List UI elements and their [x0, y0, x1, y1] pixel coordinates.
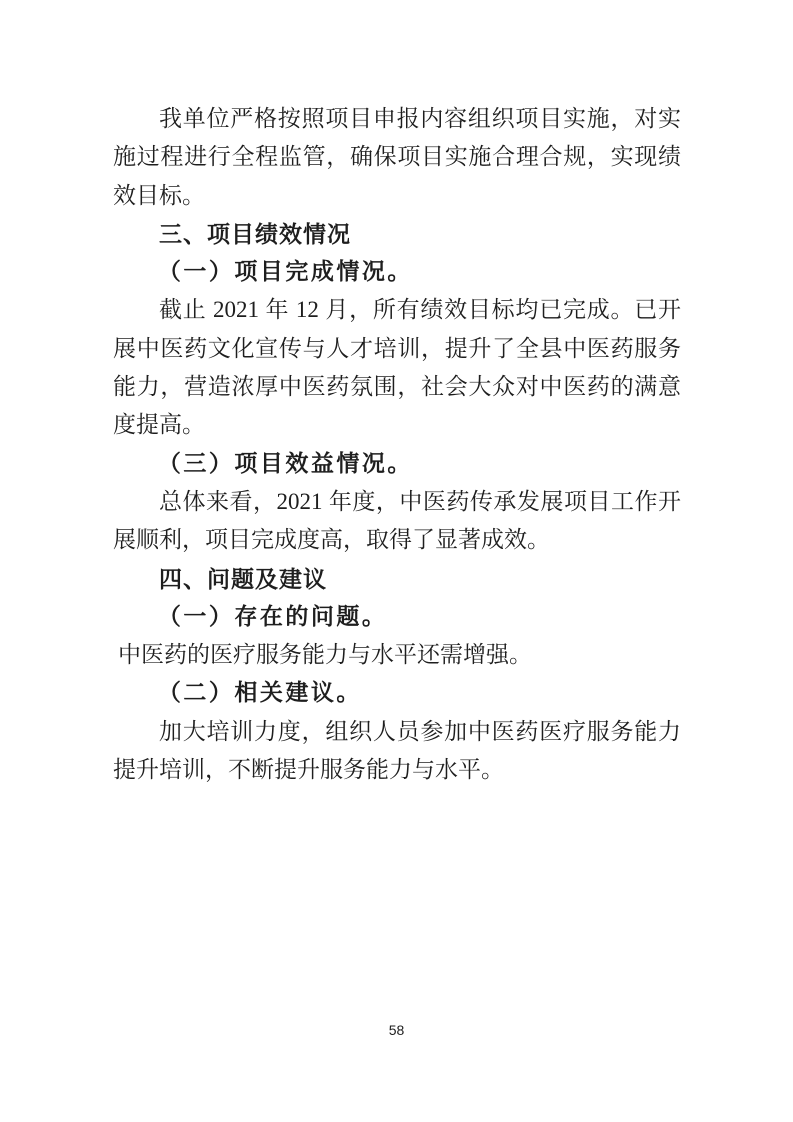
section-heading: 四、问题及建议 [113, 560, 681, 598]
paragraph: 中医药的医疗服务能力与水平还需增强。 [113, 636, 681, 674]
paragraph: 加大培训力度，组织人员参加中医药医疗服务能力提升培训，不断提升服务能力与水平。 [113, 713, 681, 790]
section-heading: 三、项目绩效情况 [113, 215, 681, 253]
paragraph: 总体来看，2021 年度，中医药传承发展项目工作开展顺利，项目完成度高，取得了显… [113, 483, 681, 560]
page-footer: 58 [0, 1022, 793, 1038]
paragraph: 截止 2021 年 12 月，所有绩效目标均已完成。已开展中医药文化宣传与人才培… [113, 291, 681, 444]
page-number: 58 [389, 1022, 405, 1038]
section-heading: （二）相关建议。 [113, 674, 681, 712]
document-body: 我单位严格按照项目申报内容组织项目实施，对实施过程进行全程监管，确保项目实施合理… [113, 100, 681, 789]
paragraph: 我单位严格按照项目申报内容组织项目实施，对实施过程进行全程监管，确保项目实施合理… [113, 100, 681, 215]
section-heading: （一）存在的问题。 [113, 598, 681, 636]
section-heading: （三）项目效益情况。 [113, 445, 681, 483]
section-heading: （一）项目完成情况。 [113, 253, 681, 291]
document-page: 我单位严格按照项目申报内容组织项目实施，对实施过程进行全程监管，确保项目实施合理… [0, 0, 793, 1122]
